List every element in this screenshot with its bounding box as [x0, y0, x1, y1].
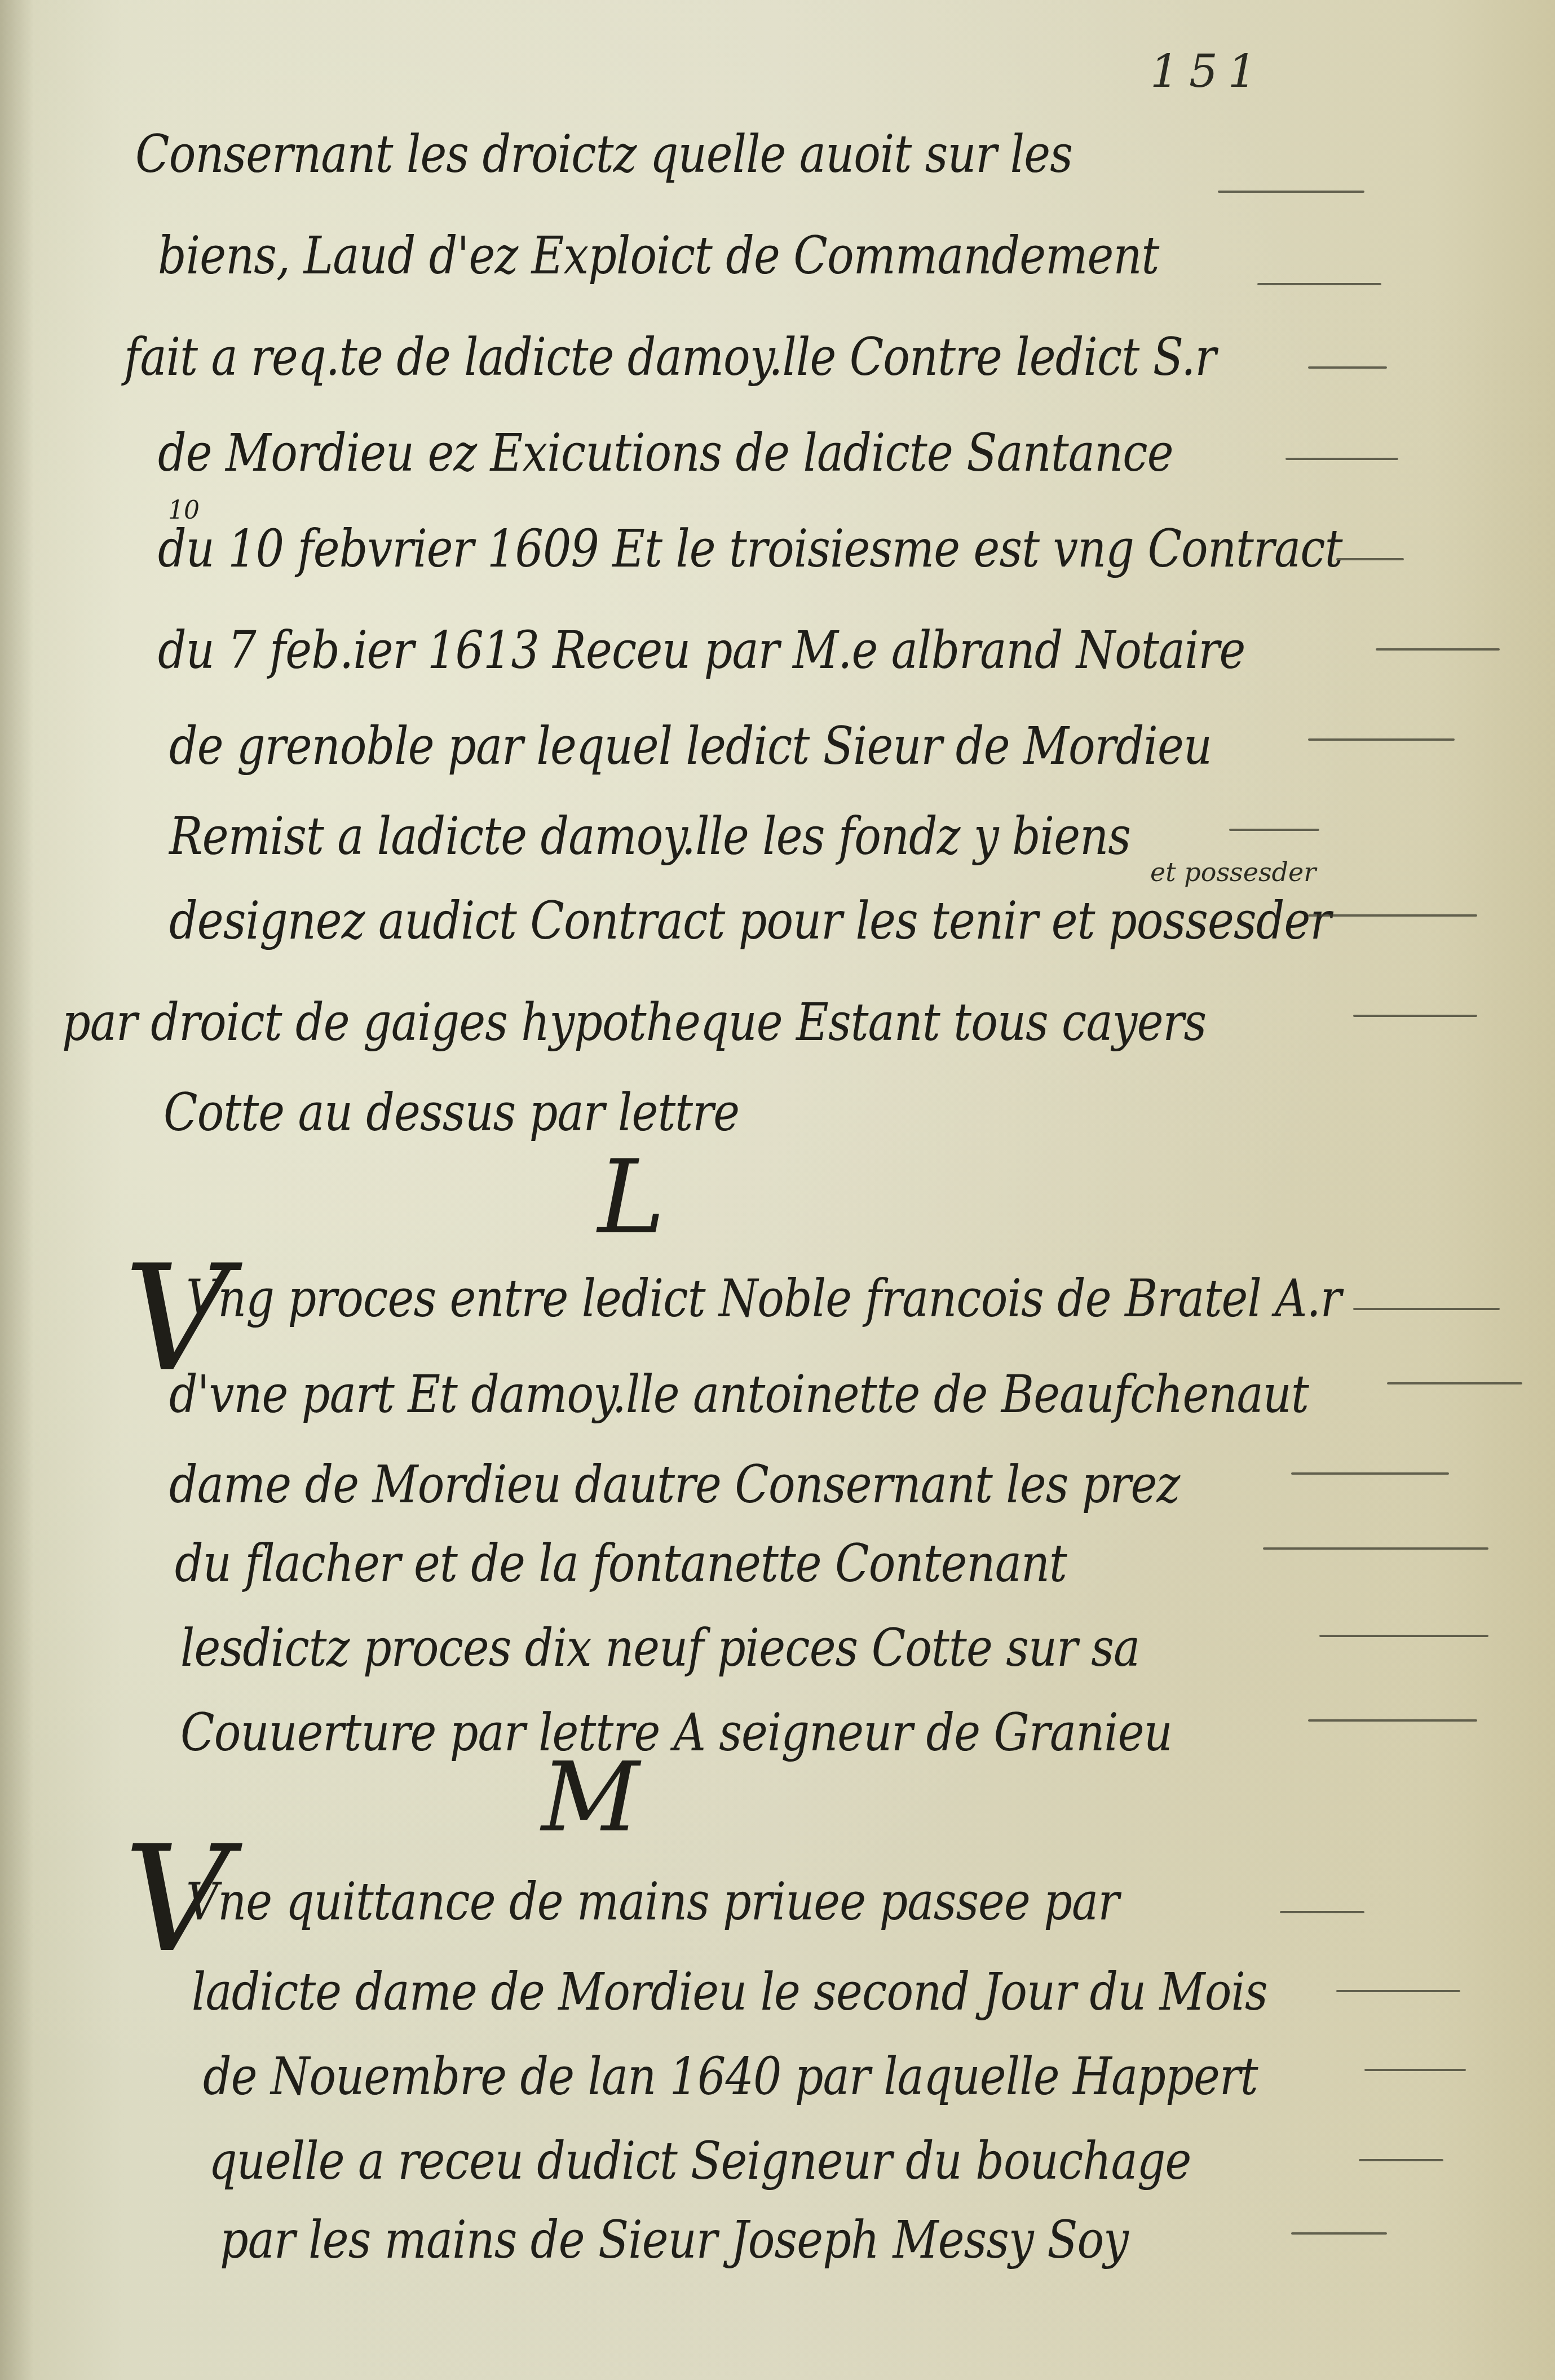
text-line: fait a req.te de ladicte damoy.lle Contr… [124, 327, 1394, 387]
text-line: quelle a receu dudict Seigneur du boucha… [209, 2131, 1351, 2191]
line-filler [1364, 2069, 1466, 2071]
line-filler [1285, 458, 1398, 460]
text-line: Vng proces entre ledict Noble francois d… [186, 1268, 1529, 1329]
line-filler [1308, 738, 1455, 741]
manuscript-page: 151 Consernant les droictz quelle auoit … [0, 0, 1555, 2380]
text-line: designez audict Contract pour les tenir … [169, 891, 1520, 951]
section-mark-m: M [541, 1742, 639, 1853]
line-filler [1353, 1015, 1477, 1017]
line-filler [1280, 1911, 1364, 1913]
text-line: Vne quittance de mains priuee passee par [186, 1872, 1271, 1932]
line-filler [1308, 914, 1477, 917]
text-line: lesdictz proces dix neuf pieces Cotte su… [180, 1618, 1296, 1678]
text-line: par les mains de Sieur Joseph Messy Soy [220, 2210, 1276, 2270]
line-filler [1291, 1472, 1449, 1475]
section-mark-l: L [598, 1139, 665, 1257]
line-filler [1359, 2159, 1443, 2161]
text-line: de Nouembre de lan 1640 par laquelle Hap… [203, 2046, 1429, 2107]
text-line: Cotte au dessus par lettre [164, 1082, 833, 1143]
line-filler [1308, 366, 1387, 369]
line-filler [1263, 1547, 1488, 1550]
interlinear-insertion: et possesder [1150, 857, 1316, 887]
line-filler [1308, 1719, 1477, 1722]
text-line: du 7 feb.ier 1613 Receu par M.e albrand … [158, 620, 1423, 680]
line-filler [1376, 648, 1500, 651]
text-line: dame de Mordieu dautre Consernant les pr… [169, 1454, 1344, 1515]
text-line: ladicte dame de Mordieu le second Jour d… [192, 1962, 1442, 2022]
folio-number: 151 [1150, 45, 1267, 98]
text-line: Remist a ladicte damoy.lle les fondz y b… [169, 806, 1287, 866]
text-line: du 10 febvrier 1609 Et le troisiesme est… [158, 519, 1535, 579]
line-filler [1257, 283, 1381, 285]
line-filler [1319, 1635, 1488, 1637]
line-filler [1291, 2232, 1387, 2235]
text-line: Couuerture par lettre A seigneur de Gran… [180, 1702, 1333, 1763]
text-line: biens, Laud d'ez Exploict de Commandemen… [158, 225, 1322, 286]
line-filler [1218, 191, 1364, 193]
text-line: de grenoble par lequel ledict Sieur de M… [169, 716, 1381, 776]
line-filler [1229, 829, 1319, 831]
page-gutter-shadow [0, 0, 34, 2380]
line-filler [1336, 1990, 1460, 1992]
text-line: du flacher et de la fontanette Contenant [175, 1533, 1212, 1594]
text-line: d'vne part Et damoy.lle antoinette de Be… [169, 1364, 1494, 1425]
line-filler [1387, 1382, 1522, 1384]
line-filler [1353, 1308, 1500, 1310]
text-line: de Mordieu ez Exicutions de ladicte Sant… [158, 423, 1338, 483]
text-line: Consernant les droictz quelle auoit sur … [135, 124, 1225, 184]
line-filler [1336, 558, 1404, 560]
text-line: par droict de gaiges hypotheque Estant t… [62, 992, 1393, 1052]
